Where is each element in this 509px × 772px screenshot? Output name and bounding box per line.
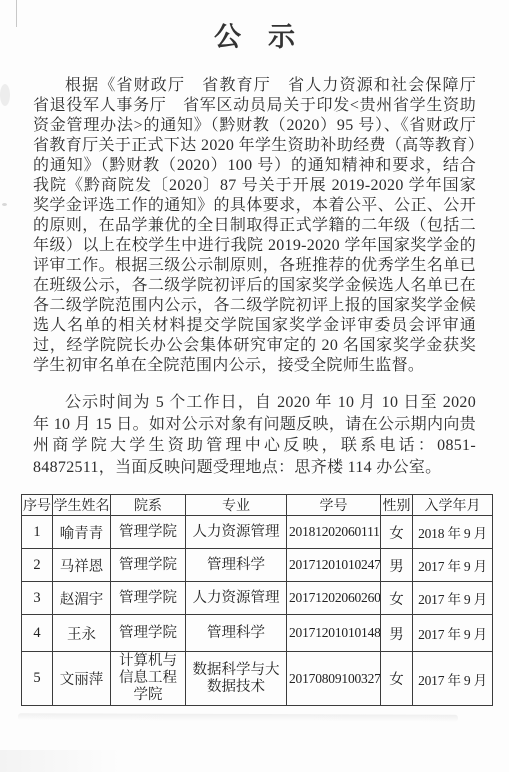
cell-enrollment: 2017 年 9 月 <box>413 652 493 706</box>
scan-artifact-smudge <box>0 84 10 106</box>
column-header-student-id: 学号 <box>287 495 381 516</box>
column-header-major: 专业 <box>186 495 287 516</box>
cell-sex: 女 <box>381 652 413 706</box>
cell-enrollment: 2017 年 9 月 <box>413 549 493 582</box>
column-header-index: 序号 <box>22 495 53 516</box>
cell-college: 管理学院 <box>111 516 186 549</box>
awardees-table: 序号 学生姓名 院系 专业 学号 性别 入学年月 1 喻青青 管理学院 人力资源… <box>21 494 493 706</box>
column-header-college: 院系 <box>111 495 186 516</box>
cell-name: 赵湄宇 <box>53 582 111 615</box>
cell-enrollment: 2017 年 9 月 <box>413 615 493 652</box>
cell-major: 管理科学 <box>186 615 287 652</box>
notice-paragraph-1: 根据《省财政厅 省教育厅 省人力资源和社会保障厅 省退役军人事务厅 省军区动员局… <box>33 76 476 376</box>
cell-student-id: 20171201010148 <box>287 615 381 652</box>
cell-name: 文丽萍 <box>53 652 111 706</box>
notice-title: 公 示 <box>0 22 509 52</box>
cell-college: 管理学院 <box>111 615 186 652</box>
notice-page: 公 示 根据《省财政厅 省教育厅 省人力资源和社会保障厅 省退役军人事务厅 省军… <box>0 0 509 772</box>
scan-artifact-dot <box>2 203 7 206</box>
cell-name: 喻青青 <box>53 516 111 549</box>
table-row: 2 马祥恩 管理学院 管理科学 20171201010247 男 2017 年 … <box>22 549 493 582</box>
cell-index: 4 <box>22 615 53 652</box>
column-header-sex: 性别 <box>381 495 413 516</box>
cell-sex: 女 <box>381 582 413 615</box>
cell-college: 管理学院 <box>111 549 186 582</box>
cell-sex: 女 <box>381 516 413 549</box>
cell-sex: 男 <box>381 615 413 652</box>
cell-student-id: 20170809100327 <box>287 652 381 706</box>
cell-student-id: 20181202060111 <box>287 516 381 549</box>
cell-index: 5 <box>22 652 53 706</box>
scan-artifact-shadow-bl <box>0 750 120 772</box>
cell-student-id: 20171201010247 <box>287 549 381 582</box>
cell-student-id: 20171202060260 <box>287 582 381 615</box>
cell-college: 计算机与信息工程学院 <box>111 652 186 706</box>
cell-enrollment: 2018 年 9 月 <box>413 516 493 549</box>
cell-index: 3 <box>22 582 53 615</box>
cell-major: 管理科学 <box>186 549 287 582</box>
table-row: 1 喻青青 管理学院 人力资源管理 20181202060111 女 2018 … <box>22 516 493 549</box>
table-row: 5 文丽萍 计算机与信息工程学院 数据科学与大数据技术 201708091003… <box>22 652 493 706</box>
cell-major: 人力资源管理 <box>186 582 287 615</box>
table-row: 3 赵湄宇 管理学院 人力资源管理 20171202060260 女 2017 … <box>22 582 493 615</box>
cell-index: 2 <box>22 549 53 582</box>
cell-sex: 男 <box>381 549 413 582</box>
cell-name: 王永 <box>53 615 111 652</box>
scan-artifact-shadow <box>18 713 458 722</box>
cell-name: 马祥恩 <box>53 549 111 582</box>
column-header-name: 学生姓名 <box>53 495 111 516</box>
cell-college: 管理学院 <box>111 582 186 615</box>
notice-paragraph-2: 公示时间为 5 个工作日，自 2020 年 10 月 10 日至 2020 年 … <box>33 392 476 478</box>
table-row: 4 王永 管理学院 管理科学 20171201010148 男 2017 年 9… <box>22 615 493 652</box>
cell-enrollment: 2017 年 9 月 <box>413 582 493 615</box>
table-header-row: 序号 学生姓名 院系 专业 学号 性别 入学年月 <box>22 495 493 516</box>
notice-body: 根据《省财政厅 省教育厅 省人力资源和社会保障厅 省退役军人事务厅 省军区动员局… <box>33 76 476 478</box>
cell-major: 人力资源管理 <box>186 516 287 549</box>
cell-major: 数据科学与大数据技术 <box>186 652 287 706</box>
cell-index: 1 <box>22 516 53 549</box>
column-header-enrollment: 入学年月 <box>413 495 493 516</box>
